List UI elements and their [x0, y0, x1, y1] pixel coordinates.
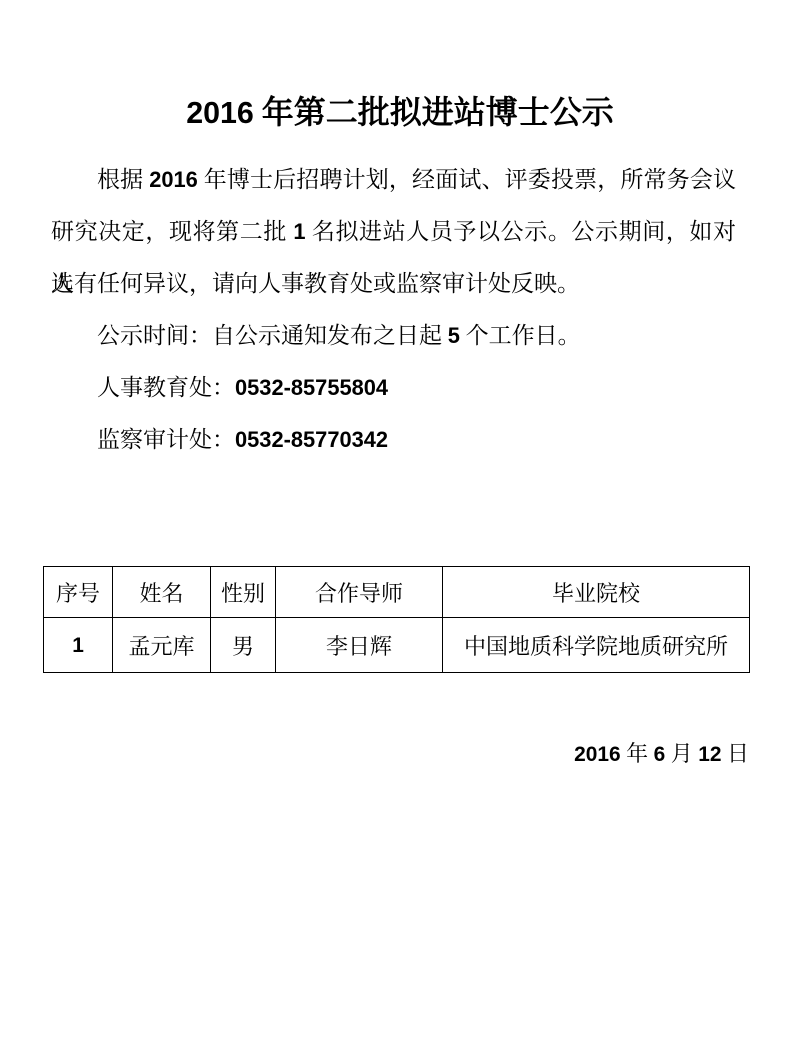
table-header-institution: 毕业院校: [443, 567, 750, 618]
notice-period-line: 公示时间：自公示通知发布之日起 5 个工作日。: [51, 310, 736, 362]
table-cell-index: 1: [44, 618, 113, 673]
paragraph-line-1: 根据 2016 年博士后招聘计划，经面试、评委投票，所常务会议: [51, 154, 736, 206]
table-header-row: 序号 姓名 性别 合作导师 毕业院校: [44, 567, 750, 618]
document-page: 2016 年第二批拟进站博士公示 根据 2016 年博士后招聘计划，经面试、评委…: [0, 0, 800, 1047]
paragraph-line-3: 选有任何异议，请向人事教育处或监察审计处反映。: [51, 258, 736, 310]
table-cell-name: 孟元库: [113, 618, 211, 673]
hr-contact-line: 人事教育处：0532-85755804: [51, 362, 736, 414]
candidates-table: 序号 姓名 性别 合作导师 毕业院校 1 孟元库 男 李日辉 中国地质科学院地质…: [43, 566, 750, 673]
table-header-gender: 性别: [211, 567, 276, 618]
table-header-index: 序号: [44, 567, 113, 618]
table-cell-gender: 男: [211, 618, 276, 673]
table-row: 1 孟元库 男 李日辉 中国地质科学院地质研究所: [44, 618, 750, 673]
document-title: 2016 年第二批拟进站博士公示: [0, 92, 800, 133]
table-header-name: 姓名: [113, 567, 211, 618]
document-date: 2016 年 6 月 12 日: [0, 738, 749, 771]
table-header-supervisor: 合作导师: [276, 567, 443, 618]
document-body: 根据 2016 年博士后招聘计划，经面试、评委投票，所常务会议 研究决定，现将第…: [51, 154, 736, 466]
audit-contact-line: 监察审计处：0532-85770342: [51, 414, 736, 466]
table-cell-institution: 中国地质科学院地质研究所: [443, 618, 750, 673]
paragraph-line-2: 研究决定，现将第二批 1 名拟进站人员予以公示。公示期间，如对人: [51, 206, 736, 258]
table-cell-supervisor: 李日辉: [276, 618, 443, 673]
